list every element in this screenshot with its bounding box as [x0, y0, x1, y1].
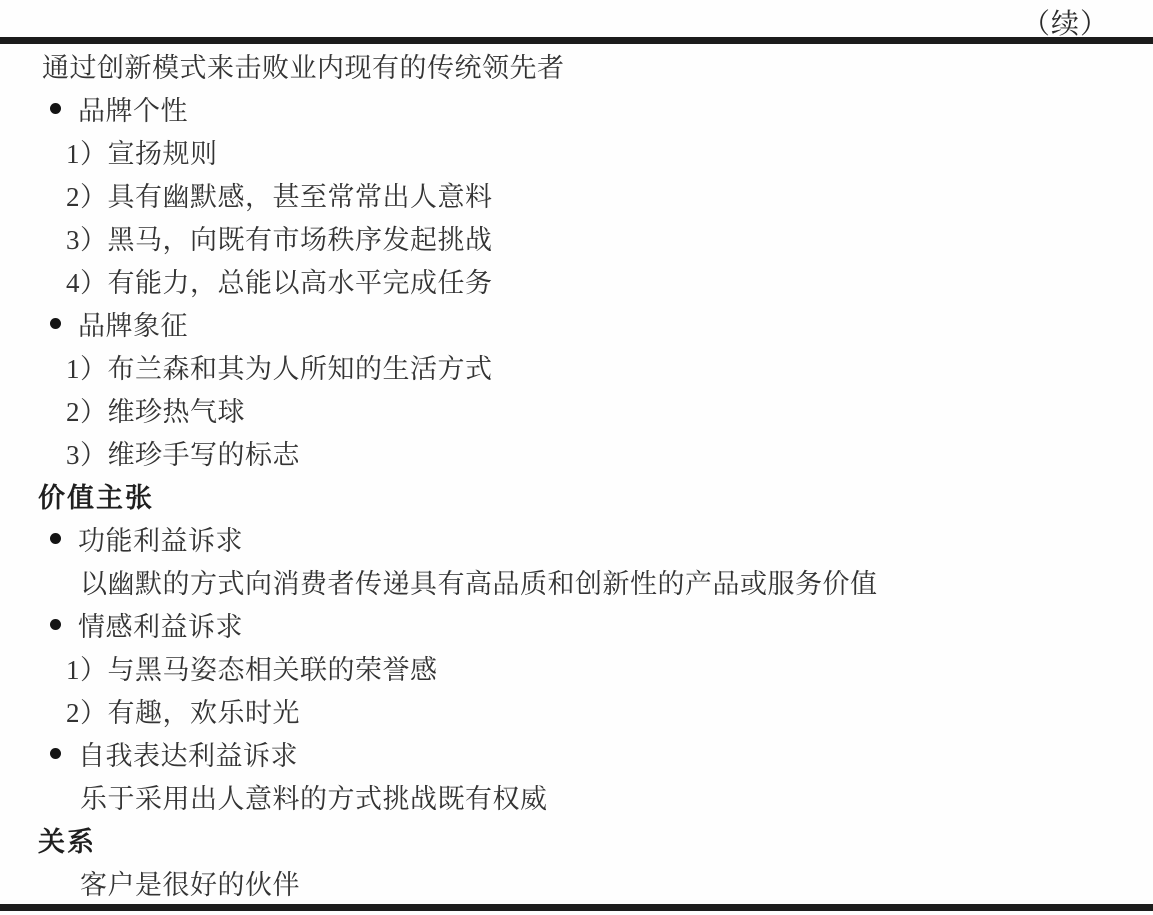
numbered-item: 2）维珍热气球 [0, 388, 1153, 431]
bullet-item-self-expressive-benefit: 自我表达利益诉求 [0, 732, 1153, 775]
bullet-item-emotional-benefit: 情感利益诉求 [0, 603, 1153, 646]
numbered-item: 1）布兰森和其为人所知的生活方式 [0, 345, 1153, 388]
bullet-icon [50, 103, 61, 114]
numbered-item: 1）宣扬规则 [0, 130, 1153, 173]
numbered-item: 3）维珍手写的标志 [0, 431, 1153, 474]
numbered-item: 4）有能力，总能以高水平完成任务 [0, 259, 1153, 302]
page-content: 通过创新模式来击败业内现有的传统领先者 品牌个性 1）宣扬规则 2）具有幽默感，… [0, 44, 1153, 904]
top-rule [0, 37, 1153, 44]
numbered-item: 2）具有幽默感，甚至常常出人意料 [0, 173, 1153, 216]
bullet-item-label: 功能利益诉求 [78, 519, 243, 558]
numbered-item: 2）有趣，欢乐时光 [0, 689, 1153, 732]
section-heading-value-proposition: 价值主张 [0, 474, 1153, 517]
numbered-item: 1）与黑马姿态相关联的荣誉感 [0, 646, 1153, 689]
continued-label: （续） [1022, 2, 1109, 42]
bullet-icon [50, 318, 61, 329]
document-page: （续） 通过创新模式来击败业内现有的传统领先者 品牌个性 1）宣扬规则 2）具有… [0, 0, 1153, 915]
bullet-item-label: 自我表达利益诉求 [78, 734, 298, 773]
bullet-item-label: 品牌象征 [78, 304, 188, 343]
bullet-item-functional-benefit: 功能利益诉求 [0, 517, 1153, 560]
bullet-item-brand-personality: 品牌个性 [0, 87, 1153, 130]
sub-paragraph: 以幽默的方式向消费者传递具有高品质和创新性的产品或服务价值 [0, 560, 1153, 603]
section-heading-relationship: 关系 [0, 818, 1153, 861]
bottom-rule [0, 904, 1153, 911]
bullet-item-label: 品牌个性 [78, 89, 188, 128]
bullet-item-brand-symbol: 品牌象征 [0, 302, 1153, 345]
bullet-icon [50, 619, 61, 630]
bullet-icon [50, 533, 61, 544]
bullet-icon [50, 748, 61, 759]
sub-paragraph: 客户是很好的伙伴 [0, 861, 1153, 904]
intro-paragraph: 通过创新模式来击败业内现有的传统领先者 [0, 44, 1153, 87]
numbered-item: 3）黑马，向既有市场秩序发起挑战 [0, 216, 1153, 259]
sub-paragraph: 乐于采用出人意料的方式挑战既有权威 [0, 775, 1153, 818]
bullet-item-label: 情感利益诉求 [78, 605, 243, 644]
